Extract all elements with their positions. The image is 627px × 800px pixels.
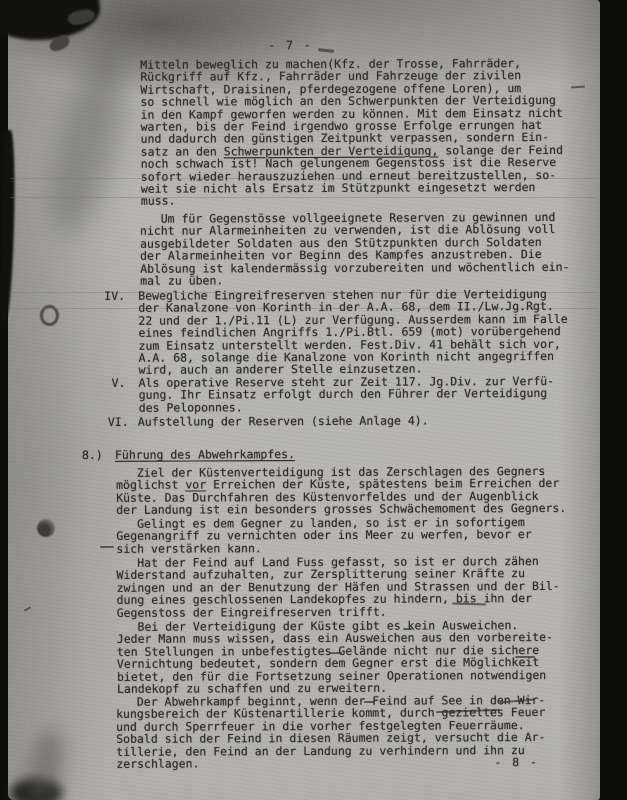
numbered-item-vi: VI. Aufstellung der Reserven (siehe Anla… [108, 414, 429, 428]
section-8-heading: 8.) Führung des Abwehrkampfes. [82, 448, 295, 461]
text-line: muss. [141, 193, 563, 207]
section-8-paragraph-3: Hat der Feind auf Land Fuss gefasst, so … [116, 555, 559, 619]
text-line: mal zu üben. [140, 273, 569, 287]
section-title: Führung des Abwehrkampfes. [115, 448, 295, 461]
section-8-paragraph-2: Gelingt es dem Gegner zu landen, so ist … [116, 516, 532, 555]
scanned-document: - 7 - Mitteln beweglich zu machen(Kfz. d… [0, 0, 627, 800]
item-marker: V. [112, 377, 126, 389]
text-line: gung. Ihr Einsatz erfolgt durch den Führ… [139, 387, 554, 401]
text-line: Gegenstoss der Eingreifreserven trifft. [117, 605, 560, 619]
section-8-paragraph-5: Der Abwehrkampf beginnt, wenn der Feind … [116, 694, 546, 770]
numbered-item-v: V. Als operative Reserve steht zur Zeit … [112, 375, 555, 414]
section-8-paragraph-4: Bei der Verteidigung der Küste gibt es k… [117, 619, 554, 695]
item-text: Als operative Reserve steht zur Zeit 117… [139, 375, 555, 414]
intro-paragraph-2: Um für Gegenstösse vollgeeignete Reserve… [140, 211, 570, 287]
text-line: Gegenangriff zu vernichten oder ins Meer… [116, 528, 531, 542]
item-text: Bewegliche Eingreifreserven stehen nur f… [138, 288, 568, 377]
text-line: zerschlagen. [116, 756, 545, 770]
text-line: sich verstärken kann. [116, 541, 531, 555]
section-marker: 8.) [82, 449, 103, 461]
item-marker: VI. [108, 416, 129, 428]
page-number-bottom: - 8 - [494, 756, 539, 769]
page-number-top: - 7 - [268, 39, 313, 52]
text-line: Aufstellung der Reserven (siehe Anlage 4… [138, 414, 429, 428]
section-8-paragraph-1: Ziel der Küstenverteidigung ist das Zers… [116, 465, 566, 517]
text-line: weit sie nicht als Ersatz im Stützpunkt … [141, 181, 563, 195]
intro-paragraph-1: Mitteln beweglich zu machen(Kfz. der Tro… [140, 57, 563, 208]
typewritten-text-layer: - 7 - Mitteln beweglich zu machen(Kfz. d… [0, 0, 627, 800]
text-line: des Peloponnes. [139, 400, 554, 414]
item-text: Aufstellung der Reserven (siehe Anlage 4… [138, 414, 429, 428]
item-marker: IV. [104, 290, 125, 302]
numbered-item-iv: IV. Bewegliche Eingreifreserven stehen n… [104, 288, 568, 377]
text-line: Führung des Abwehrkampfes. [115, 448, 295, 461]
